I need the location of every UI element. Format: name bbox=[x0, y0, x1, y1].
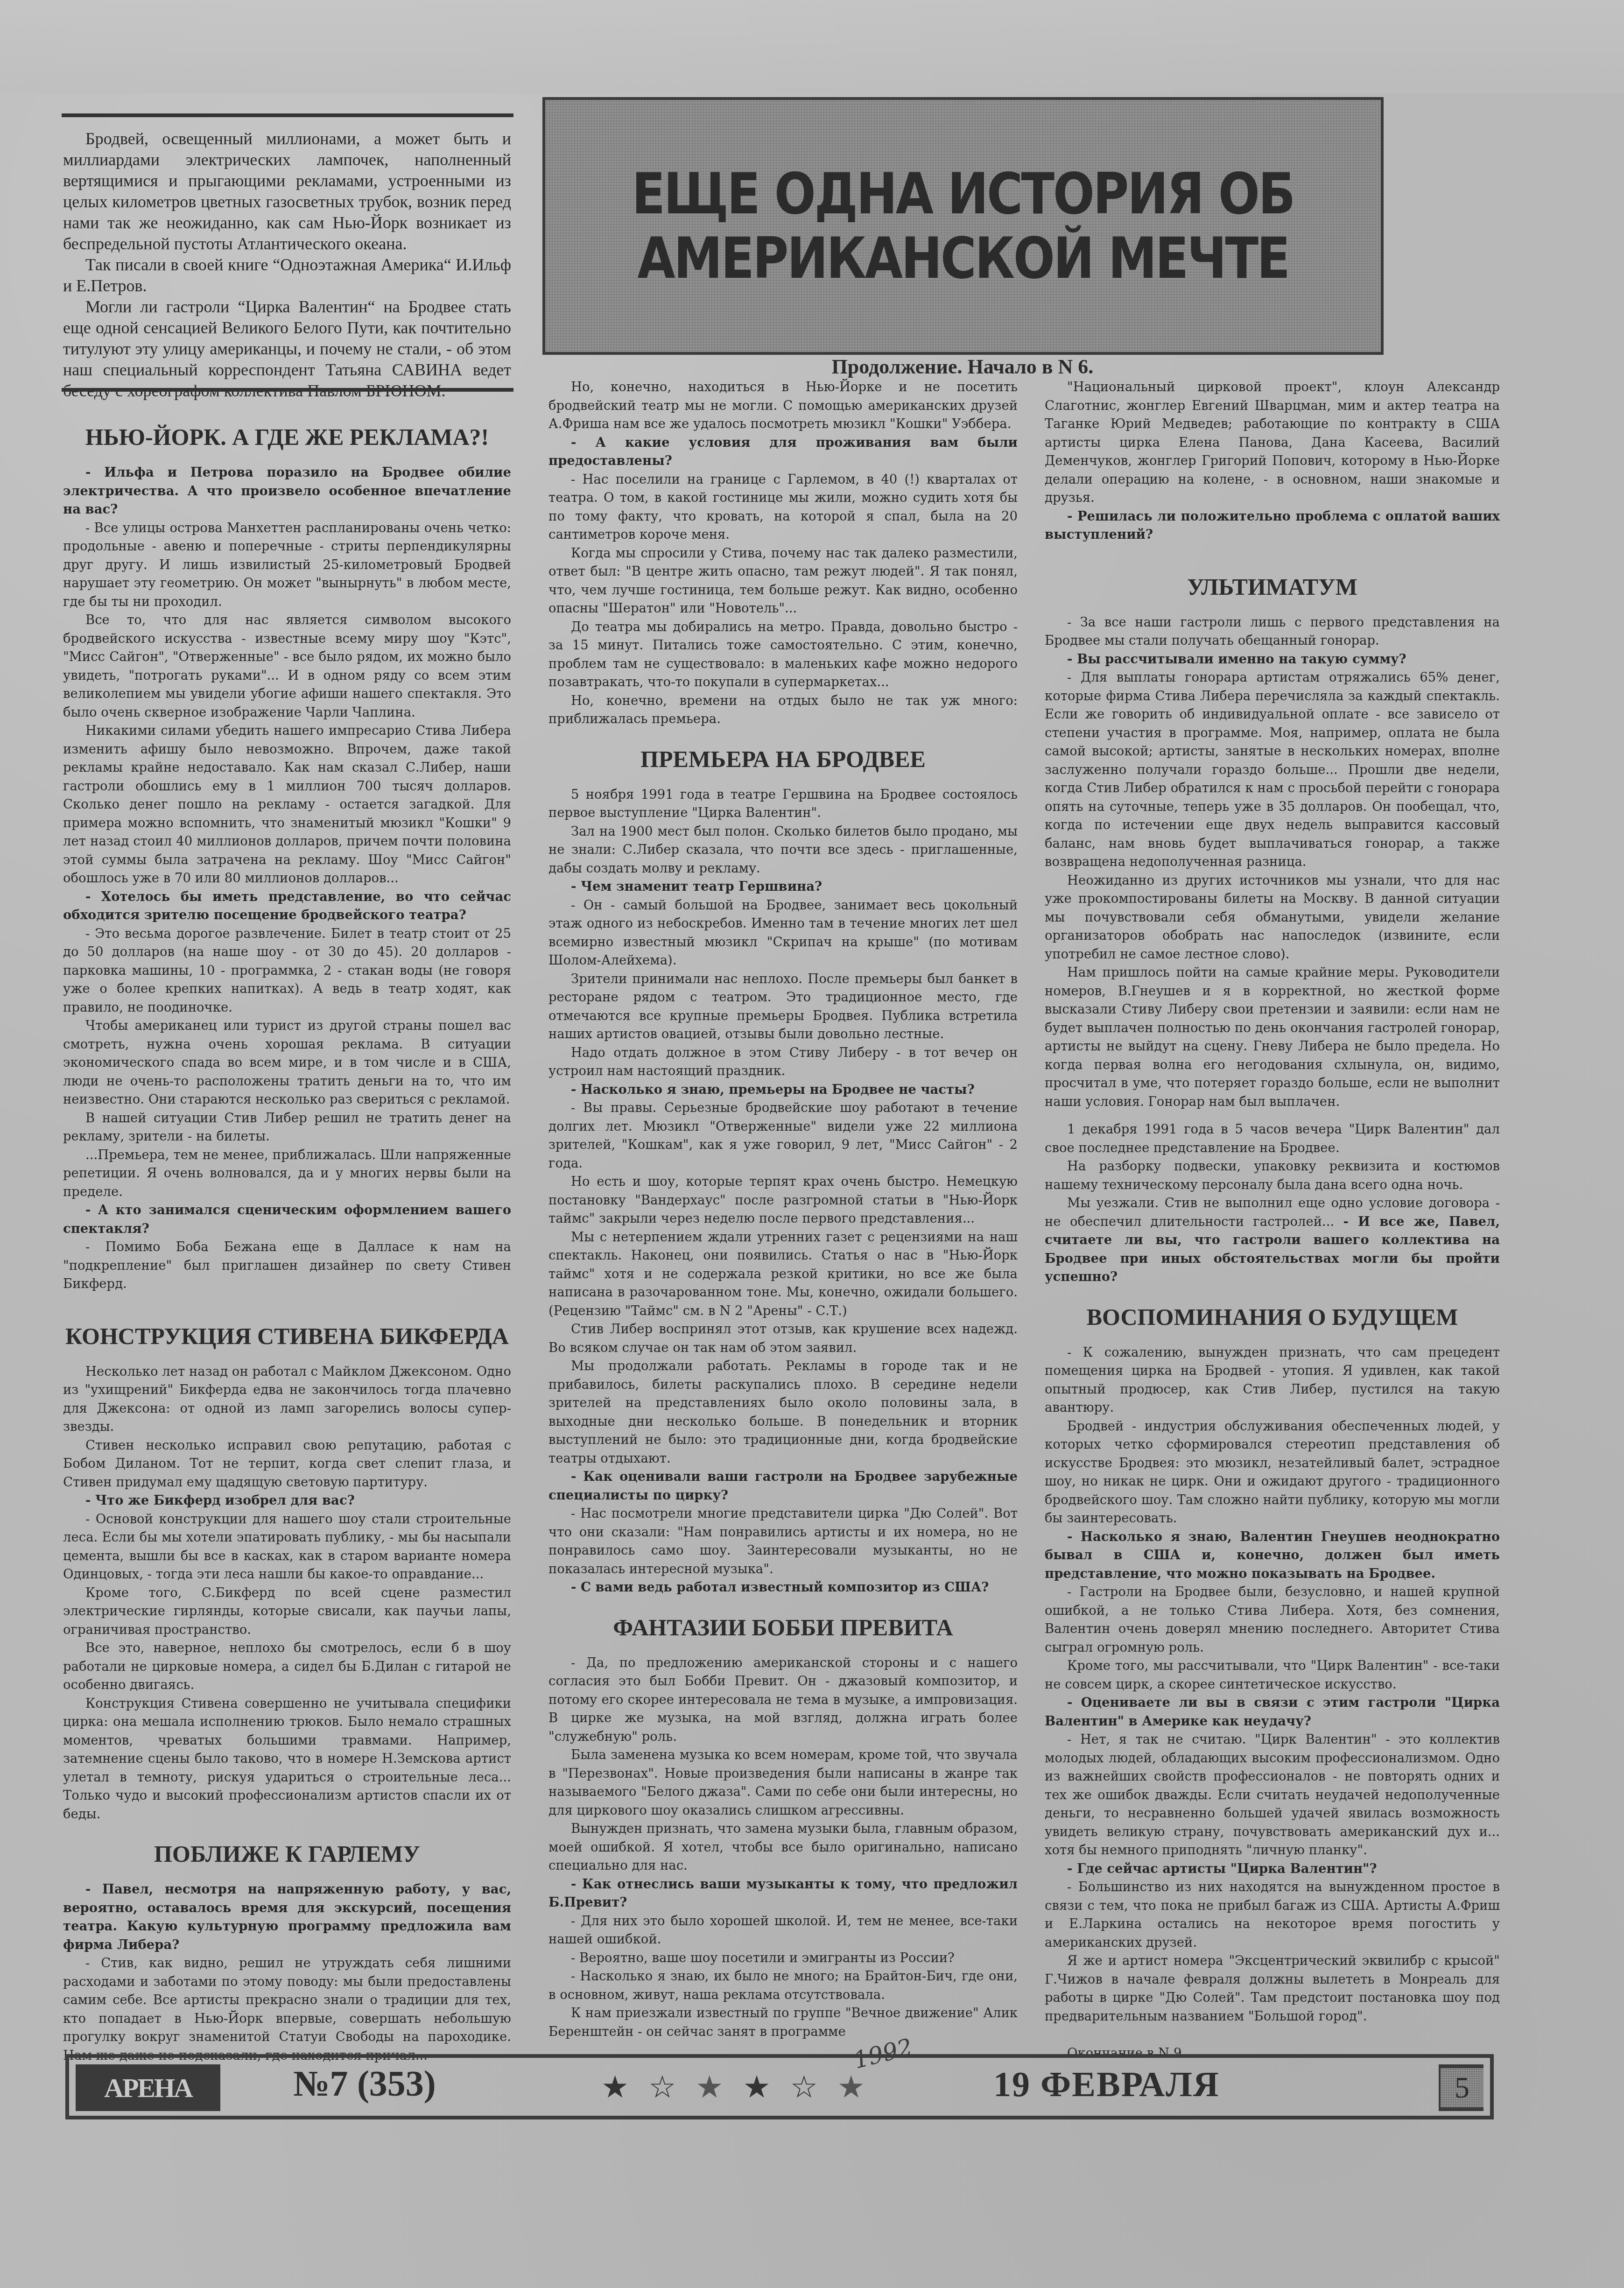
body-paragraph: На разборку подвески, упаковку реквизита… bbox=[1045, 1157, 1500, 1194]
interview-answer: - Большинство из них находятся на вынужд… bbox=[1045, 1878, 1500, 1952]
body-paragraph: Кроме того, С.Бикферд по всей сцене разм… bbox=[63, 1584, 511, 1640]
body-paragraph: 5 ноября 1991 года в театре Гершвина на … bbox=[548, 786, 1018, 823]
lead-paragraph: Бродвей, освещенный миллионами, а может … bbox=[63, 128, 511, 254]
body-paragraph: Мы с нетерпением ждали утренних газет с … bbox=[548, 1228, 1018, 1321]
interview-question: - Павел, несмотря на напряженную работу,… bbox=[63, 1880, 511, 1954]
body-paragraph: Никакими силами убедить нашего импресари… bbox=[63, 722, 511, 888]
interview-answer: - За все наши гастроли лишь с первого пр… bbox=[1045, 613, 1500, 650]
page-top-margin bbox=[0, 0, 1624, 93]
logo-text: АРЕНА bbox=[104, 2072, 192, 2104]
body-paragraph: ...Премьера, тем не менее, приближалась.… bbox=[63, 1146, 511, 1202]
issue-date: 19 ФЕВРАЛЯ bbox=[993, 2064, 1220, 2105]
section-heading: ВОСПОМИНАНИЯ О БУДУЩЕМ bbox=[1045, 1302, 1500, 1331]
section-heading: УЛЬТИМАТУМ bbox=[1045, 572, 1500, 601]
body-paragraph: Все это, наверное, неплохо бы смотрелось… bbox=[63, 1639, 511, 1695]
body-paragraph: Несколько лет назад он работал с Майклом… bbox=[63, 1363, 511, 1436]
lead-top-rule bbox=[62, 113, 513, 117]
interview-answer: - Да, по предложению американской сторон… bbox=[548, 1654, 1018, 1746]
interview-answer: - Нас посмотрели многие представители ци… bbox=[548, 1505, 1018, 1578]
body-paragraph: Надо отдать должное в этом Стиву Либеру … bbox=[548, 1044, 1018, 1081]
column-2: Но, конечно, находиться в Нью-Йорке и не… bbox=[548, 378, 1018, 2041]
body-paragraph: Зрители принимали нас неплохо. После пре… bbox=[548, 970, 1018, 1044]
interview-question: - Оцениваете ли вы в связи с этим гастро… bbox=[1045, 1694, 1500, 1731]
interview-answer: - К сожалению, вынужден признать, что са… bbox=[1045, 1344, 1500, 1417]
body-paragraph: В нашей ситуации Стив Либер решил не тра… bbox=[63, 1109, 511, 1146]
body-paragraph: Но, конечно, времени на отдых было не та… bbox=[548, 692, 1018, 729]
interview-question: - Насколько я знаю, премьеры на Бродвее … bbox=[548, 1081, 1018, 1099]
interview-question: - Хотелось бы иметь представление, во чт… bbox=[63, 888, 511, 925]
interview-answer: - Стив, как видно, решил не утруждать се… bbox=[63, 1954, 511, 2065]
headline-box: ЕЩЕ ОДНА ИСТОРИЯ ОБ АМЕРИКАНСКОЙ МЕЧТЕ bbox=[542, 97, 1384, 355]
star-outline-icon: ☆ bbox=[648, 2072, 676, 2103]
interview-answer: - Нет, я так не считаю. "Цирк Валентин" … bbox=[1045, 1731, 1500, 1860]
body-paragraph: Но, конечно, находиться в Нью-Йорке и не… bbox=[548, 378, 1018, 434]
interview-answer: - Все улицы острова Манхеттен распланиро… bbox=[63, 519, 511, 612]
interview-answer: - Для них это было хорошей школой. И, те… bbox=[548, 1912, 1018, 1949]
body-paragraph: Неожиданно из других источников мы узнал… bbox=[1045, 872, 1500, 964]
interview-answer: - Основой конструкции для нашего шоу ста… bbox=[63, 1510, 511, 1584]
arena-logo: АРЕНА bbox=[76, 2064, 220, 2111]
page-footer: АРЕНА №7 (353) ★ ☆ ★ ★ ☆ ★ 1992 19 ФЕВРА… bbox=[65, 2054, 1494, 2119]
interview-answer: - Нас поселили на границе с Гарлемом, в … bbox=[548, 471, 1018, 544]
interview-question: - А кто занимался сценическим оформление… bbox=[63, 1201, 511, 1238]
interview-question: - Вы рассчитывали именно на такую сумму? bbox=[1045, 650, 1500, 669]
interview-answer: - Вы правы. Серьезные бродвейские шоу ра… bbox=[548, 1099, 1018, 1173]
body-paragraph: Мы продолжали работать. Рекламы в городе… bbox=[548, 1357, 1018, 1468]
interview-question: - Ильфа и Петрова поразило на Бродвее об… bbox=[63, 464, 511, 519]
column-3: "Национальный цирковой проект", клоун Ал… bbox=[1045, 378, 1500, 2063]
body-paragraph: Зал на 1900 мест был полон. Сколько биле… bbox=[548, 823, 1018, 878]
body-paragraph: Я же и артист номера "Эксцентрический эк… bbox=[1045, 1952, 1500, 2026]
body-paragraph: - Насколько я знаю, их было не много; на… bbox=[548, 1967, 1018, 2004]
interview-answer: - Он - самый большой на Бродвее, занимае… bbox=[548, 896, 1018, 970]
interview-question: - Как оценивали ваши гастроли на Бродвее… bbox=[548, 1468, 1018, 1505]
headline-line-1: ЕЩЕ ОДНА ИСТОРИЯ ОБ bbox=[632, 162, 1294, 226]
issue-number: №7 (353) bbox=[293, 2063, 436, 2105]
section-heading: КОНСТРУКЦИЯ СТИВЕНА БИКФЕРДА bbox=[63, 1322, 511, 1351]
body-paragraph: Стивен несколько исправил свою репутацию… bbox=[63, 1436, 511, 1492]
body-paragraph: Но есть и шоу, которые терпят крах очень… bbox=[548, 1173, 1018, 1228]
lead-intro: Бродвей, освещенный миллионами, а может … bbox=[63, 128, 511, 401]
body-paragraph: Конструкция Стивена совершенно не учитыв… bbox=[63, 1695, 511, 1824]
section-heading: НЬЮ-ЙОРК. А ГДЕ ЖЕ РЕКЛАМА?! bbox=[63, 422, 511, 451]
body-paragraph: Вынужден признать, что замена музыки был… bbox=[548, 1820, 1018, 1875]
interview-question: - Чем знаменит театр Гершвина? bbox=[548, 878, 1018, 896]
star-hatched-icon: ★ bbox=[696, 2072, 723, 2103]
stars-ornament: ★ ☆ ★ ★ ☆ ★ bbox=[601, 2072, 865, 2103]
interview-question: - Где сейчас артисты "Цирка Валентин"? bbox=[1045, 1860, 1500, 1879]
interview-question: - С вами ведь работал известный композит… bbox=[548, 1578, 1018, 1597]
page-number: 5 bbox=[1439, 2064, 1483, 2111]
interview-answer: - Гастроли на Бродвее были, безусловно, … bbox=[1045, 1583, 1500, 1657]
interview-question: - Решилась ли положительно проблема с оп… bbox=[1045, 507, 1500, 544]
body-paragraph: Чтобы американец или турист из другой ст… bbox=[63, 1017, 511, 1109]
star-hatched-icon: ★ bbox=[837, 2072, 865, 2103]
body-paragraph: Бродвей - индустрия обслуживания обеспеч… bbox=[1045, 1417, 1500, 1528]
body-paragraph: Когда мы спросили у Стива, почему нас та… bbox=[548, 544, 1018, 618]
section-heading: ПРЕМЬЕРА НА БРОДВЕЕ bbox=[548, 745, 1018, 774]
body-paragraph: Кроме того, мы рассчитывали, что "Цирк В… bbox=[1045, 1657, 1500, 1694]
body-paragraph: К нам приезжали известный по группе "Веч… bbox=[548, 2004, 1018, 2041]
interview-question: - Насколько я знаю, Валентин Гнеушев нео… bbox=[1045, 1528, 1500, 1584]
interview-question: - А какие условия для проживания вам был… bbox=[548, 434, 1018, 471]
lead-bottom-rule bbox=[62, 388, 513, 392]
lead-paragraph: Так писали в своей книге “Одноэтажная Ам… bbox=[63, 254, 511, 296]
body-paragraph: 1 декабря 1991 года в 5 часов вечера "Ци… bbox=[1045, 1120, 1500, 1157]
column-1: НЬЮ-ЙОРК. А ГДЕ ЖЕ РЕКЛАМА?! - Ильфа и П… bbox=[63, 422, 511, 2065]
interview-answer: - Помимо Боба Бежана еще в Далласе к нам… bbox=[63, 1238, 511, 1294]
body-paragraph: - Вероятно, ваше шоу посетили и эмигрант… bbox=[548, 1949, 1018, 1968]
body-paragraph: Мы уезжали. Стив не выполнил еще одно ус… bbox=[1045, 1194, 1500, 1287]
continued-note: Продолжение. Начало в N 6. bbox=[542, 355, 1383, 379]
interview-answer: - Для выплаты гонорара артистам отряжали… bbox=[1045, 669, 1500, 872]
body-paragraph: "Национальный цирковой проект", клоун Ал… bbox=[1045, 378, 1500, 507]
body-paragraph: Была заменена музыка ко всем номерам, кр… bbox=[548, 1746, 1018, 1820]
section-heading: ФАНТАЗИИ БОББИ ПРЕВИТА bbox=[548, 1613, 1018, 1642]
lead-paragraph: Могли ли гастроли “Цирка Валентин“ на Бр… bbox=[63, 296, 511, 401]
star-solid-icon: ★ bbox=[601, 2072, 629, 2103]
star-outline-icon: ☆ bbox=[790, 2072, 818, 2103]
body-paragraph: Стив Либер воспринял этот отзыв, как кру… bbox=[548, 1320, 1018, 1357]
interview-question: - Как отнеслись ваши музыканты к тому, ч… bbox=[548, 1875, 1018, 1912]
body-paragraph: До театра мы добирались на метро. Правда… bbox=[548, 618, 1018, 692]
body-paragraph: Все то, что для нас является символом вы… bbox=[63, 611, 511, 722]
section-heading: ПОБЛИЖЕ К ГАРЛЕМУ bbox=[63, 1839, 511, 1868]
body-paragraph: Нам пришлось пойти на самые крайние меры… bbox=[1045, 964, 1500, 1111]
interview-answer: - Это весьма дорогое развлечение. Билет … bbox=[63, 925, 511, 1017]
headline-line-2: АМЕРИКАНСКОЙ МЕЧТЕ bbox=[637, 226, 1288, 290]
star-solid-icon: ★ bbox=[743, 2072, 771, 2103]
interview-question: - Что же Бикферд изобрел для вас? bbox=[63, 1492, 511, 1510]
